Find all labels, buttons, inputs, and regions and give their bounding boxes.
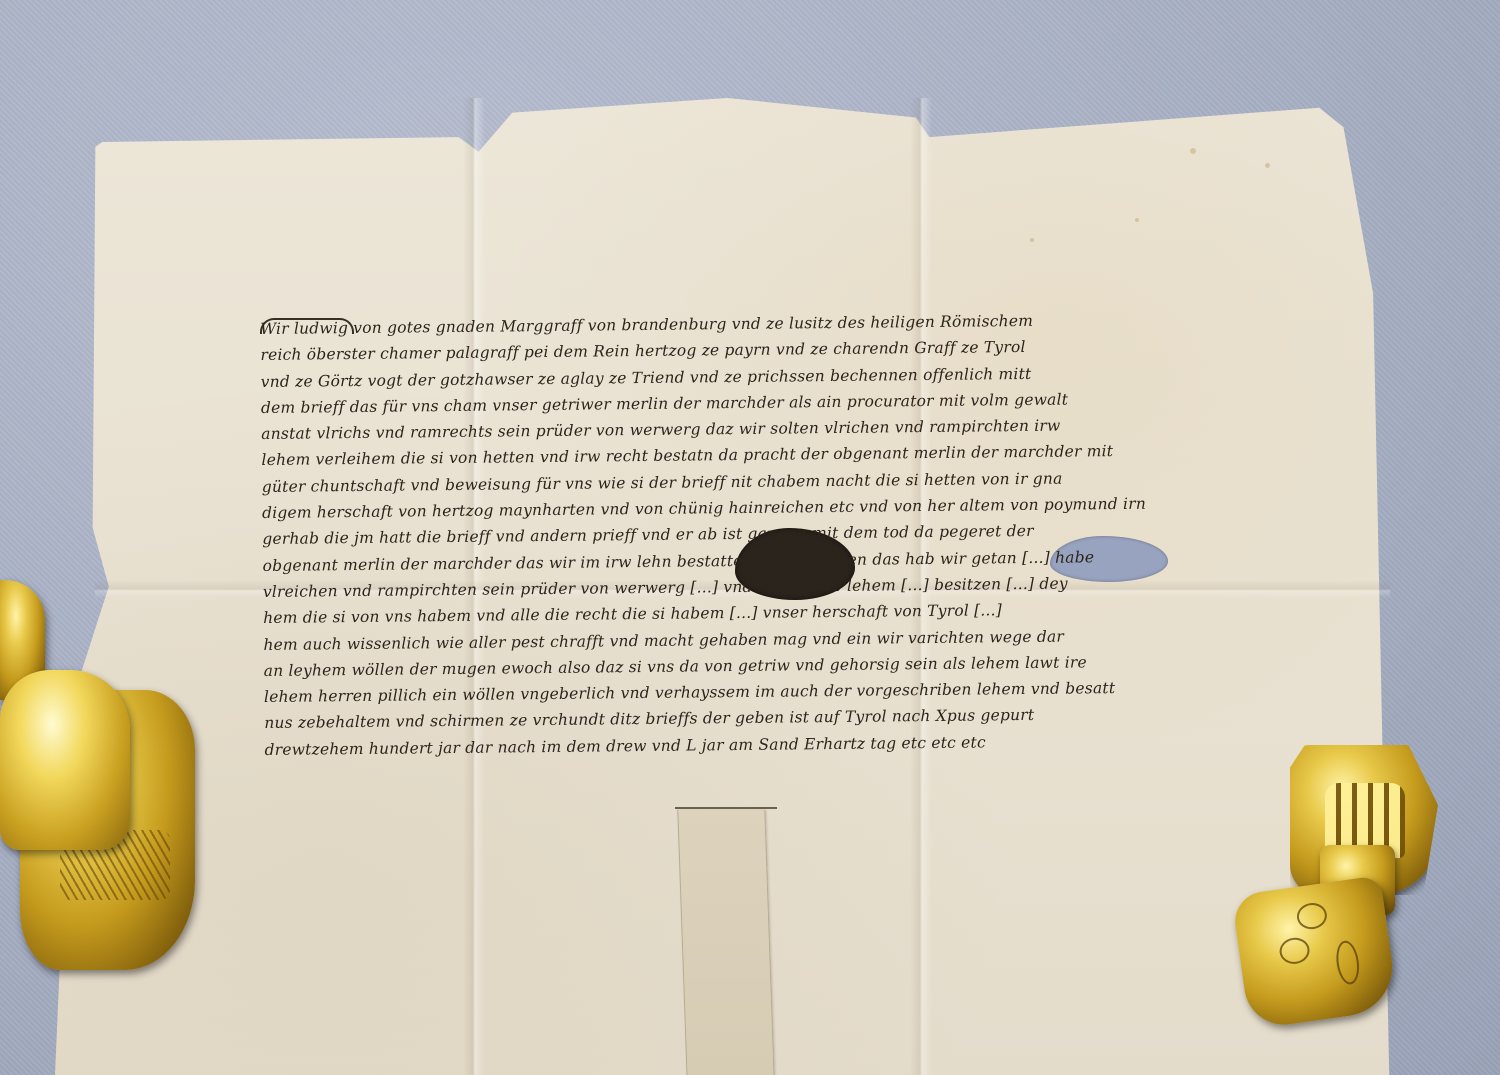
foxing-spot	[1135, 218, 1139, 222]
parchment-sheet: Wir ludwig von gotes gnaden Marggraff vo…	[55, 98, 1400, 1075]
gauntlet-icon	[1231, 875, 1398, 1030]
engraved-eye-icon	[1278, 936, 1311, 966]
charter-text: Wir ludwig von gotes gnaden Marggraff vo…	[260, 306, 1200, 763]
engraved-leaf-icon	[1334, 939, 1362, 986]
seal-slit	[675, 807, 777, 809]
brass-hand-clip-left	[0, 580, 205, 985]
foxing-spot	[1265, 163, 1270, 168]
brass-hand-clip-right	[1240, 745, 1440, 1025]
seal-strip	[677, 810, 774, 1075]
engraved-eye-icon	[1295, 901, 1328, 931]
foxing-spot	[1190, 148, 1196, 154]
foxing-spot	[1030, 238, 1034, 242]
hand-icon	[0, 670, 130, 850]
